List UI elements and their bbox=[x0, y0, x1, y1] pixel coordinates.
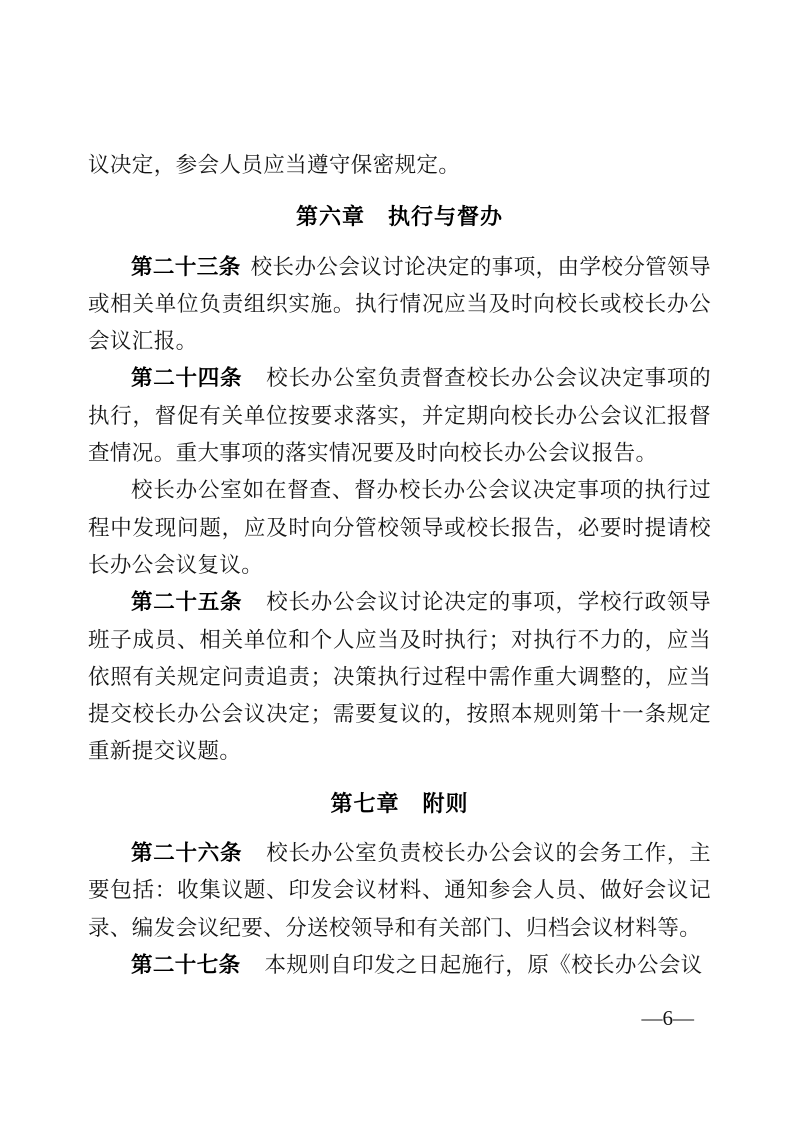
continuation-paragraph: 议决定，参会人员应当遵守保密规定。 bbox=[88, 147, 711, 184]
article-25-paragraph: 第二十五条校长办公会议讨论决定的事项，学校行政领导班子成员、相关单位和个人应当及… bbox=[88, 584, 711, 770]
article-24-paragraph: 第二十四条校长办公室负责督查校长办公会议决定事项的执行，督促有关单位按要求落实，… bbox=[88, 360, 711, 472]
article-27-text: 本规则自印发之日起施行，原《校长办公会议 bbox=[265, 953, 703, 977]
article-26-paragraph: 第二十六条校长办公室负责校长办公会议的会务工作，主要包括：收集议题、印发会议材料… bbox=[88, 835, 711, 947]
article-27-number: 第二十七条 bbox=[131, 953, 241, 977]
document-page: 议决定，参会人员应当遵守保密规定。 第六章 执行与督办 第二十三条校长办公会议讨… bbox=[0, 0, 794, 1122]
article-27-paragraph: 第二十七条本规则自印发之日起施行，原《校长办公会议 bbox=[88, 947, 711, 984]
article-24-number: 第二十四条 bbox=[131, 366, 242, 390]
article-23-paragraph: 第二十三条校长办公会议讨论决定的事项，由学校分管领导或相关单位负责组织实施。执行… bbox=[88, 249, 711, 361]
article-25-text: 校长办公会议讨论决定的事项，学校行政领导班子成员、相关单位和个人应当及时执行；对… bbox=[88, 590, 711, 763]
article-26-number: 第二十六条 bbox=[131, 841, 242, 865]
chapter-6-heading: 第六章 执行与督办 bbox=[88, 198, 711, 235]
document-body: 议决定，参会人员应当遵守保密规定。 第六章 执行与督办 第二十三条校长办公会议讨… bbox=[88, 147, 711, 984]
supervision-paragraph: 校长办公室如在督查、督办校长办公会议决定事项的执行过程中发现问题，应及时向分管校… bbox=[88, 472, 711, 584]
chapter-7-heading: 第七章 附则 bbox=[88, 785, 711, 822]
article-25-number: 第二十五条 bbox=[131, 590, 242, 614]
page-number: —6— bbox=[642, 1004, 695, 1032]
article-23-number: 第二十三条 bbox=[131, 255, 241, 279]
